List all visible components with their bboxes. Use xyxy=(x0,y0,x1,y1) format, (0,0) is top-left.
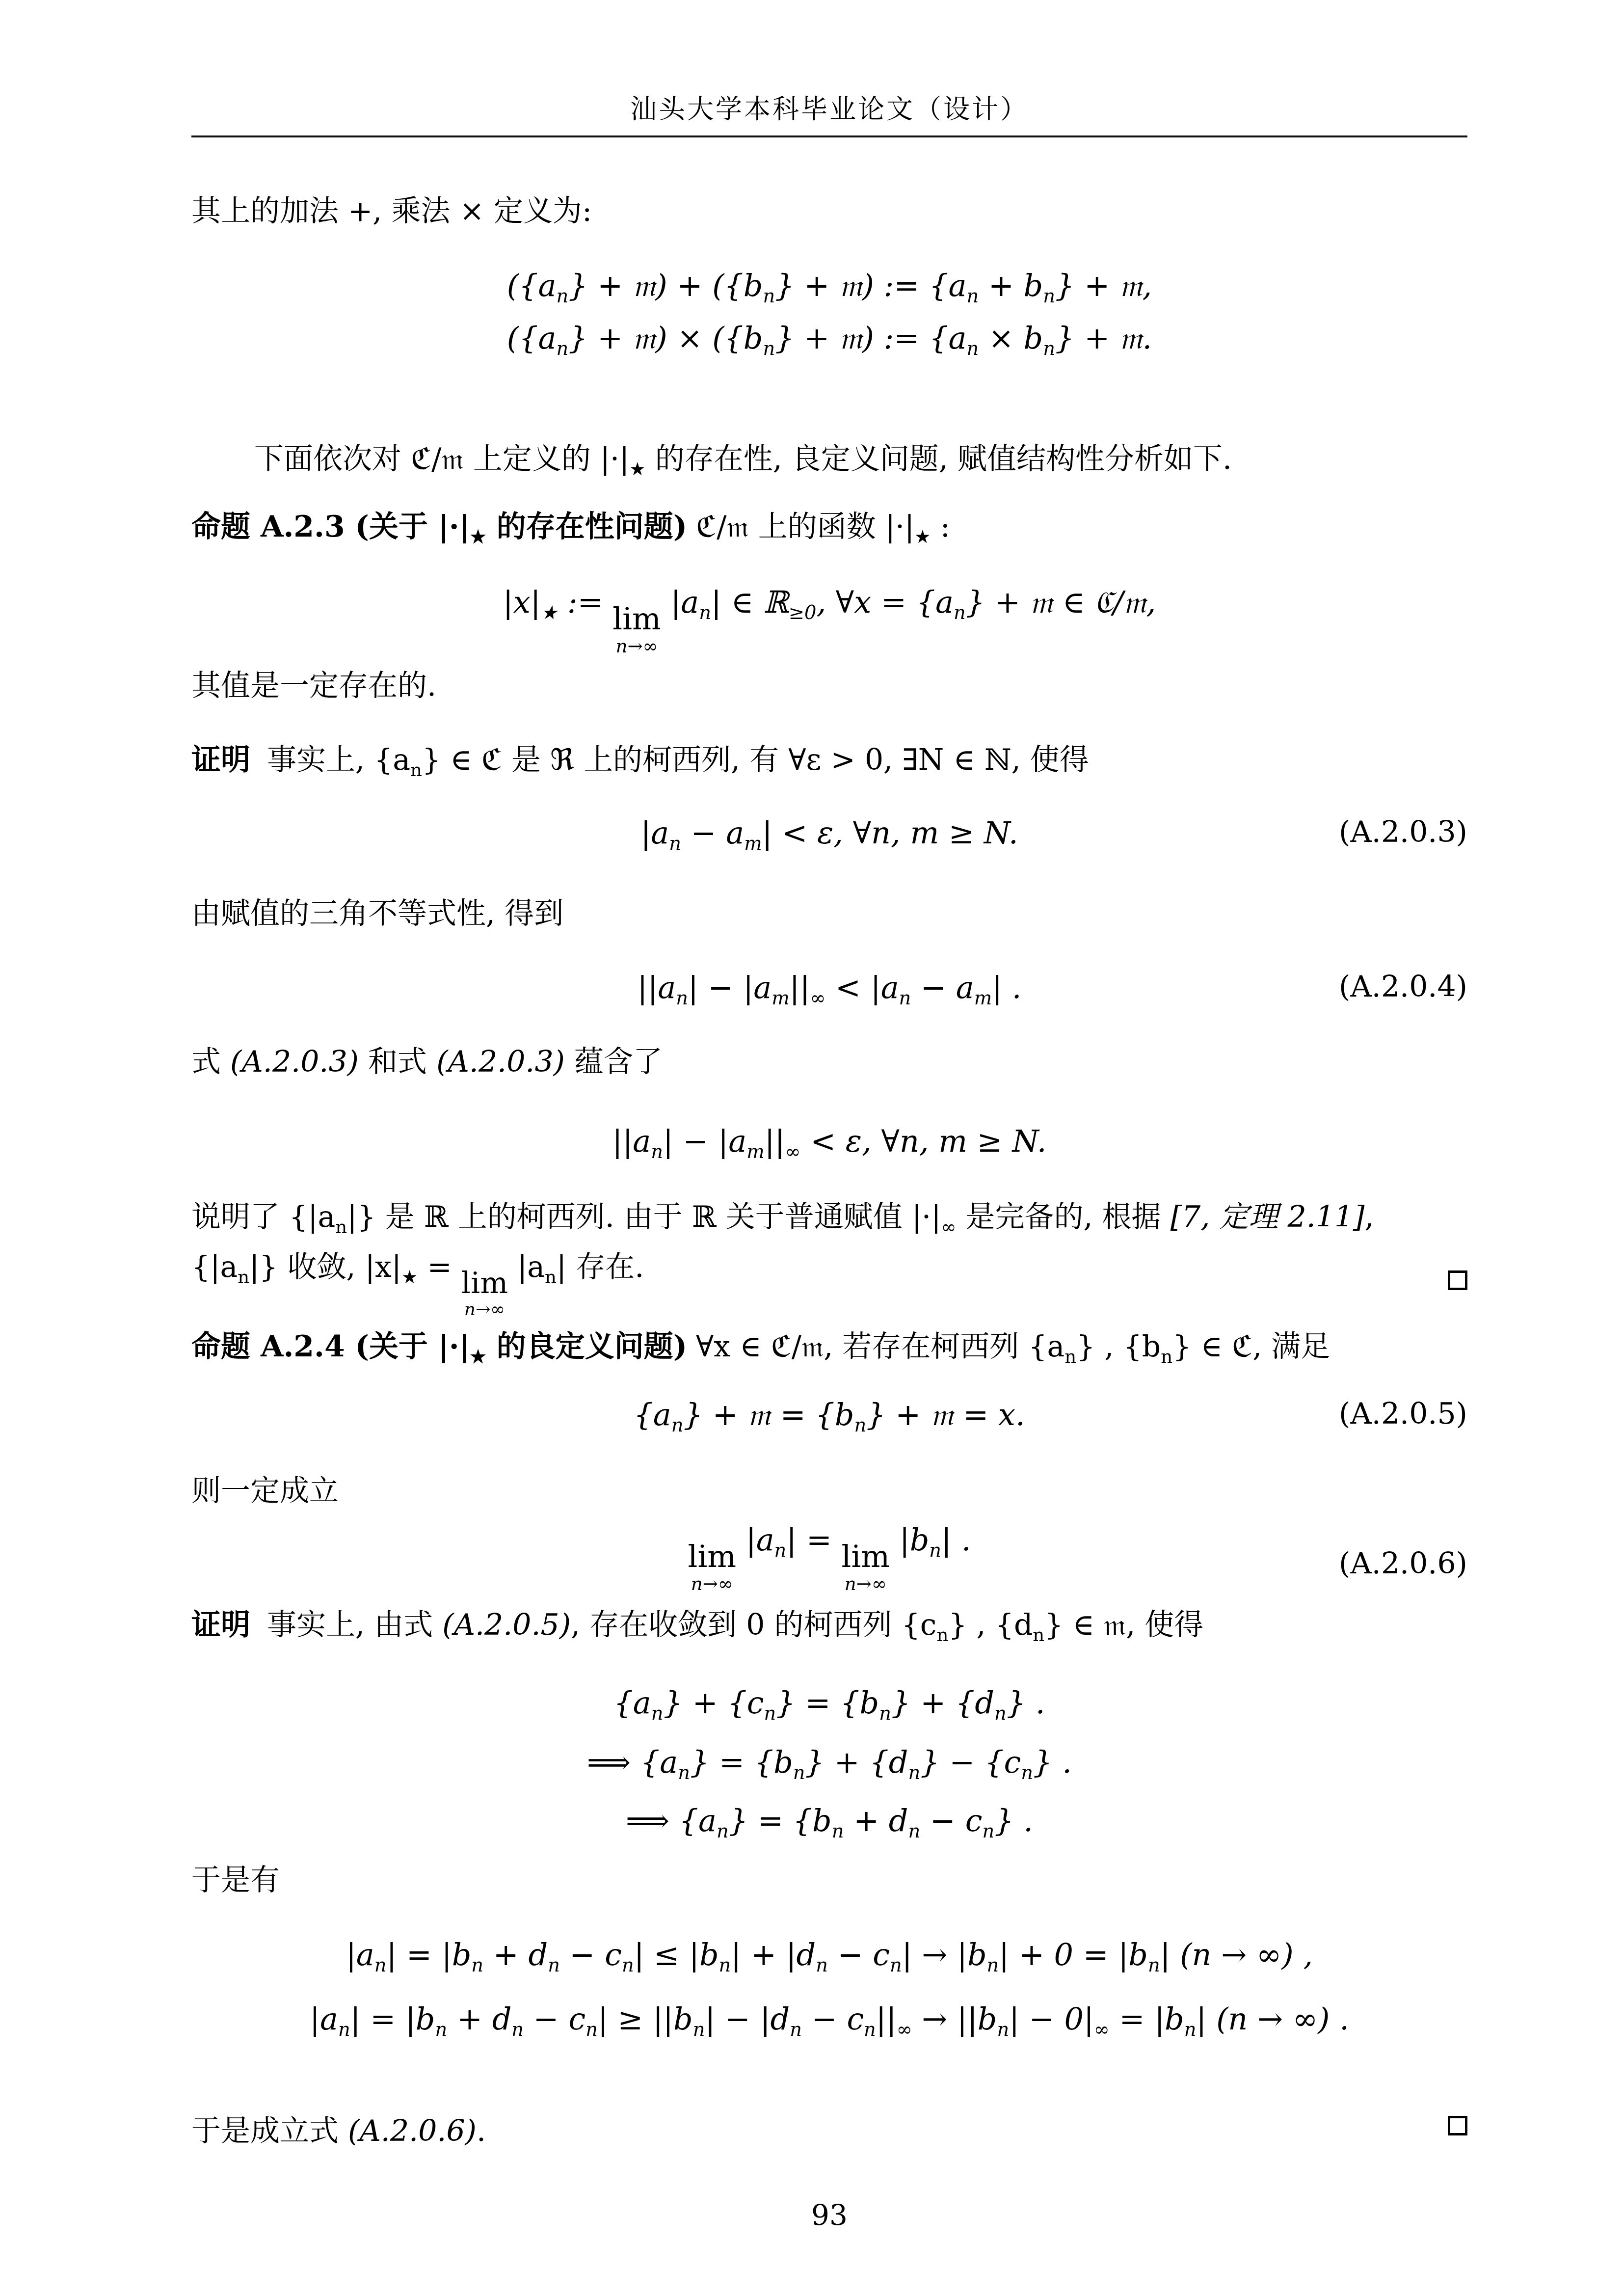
proposition-a23-label: 命题 A.2.3 (关于 |·|★ 的存在性问题) xyxy=(191,510,687,544)
proof-a23-intro: 事实上, {an} ∈ ℭ 是 ℜ 上的柯西列, 有 ∀ε > 0, ∃N ∈ … xyxy=(267,743,1089,777)
equation-a204-row: ||an| − |am||∞ < |an − am| . (A.2.0.4) xyxy=(191,970,1467,1005)
proof-a23-label: 证明 xyxy=(191,743,250,777)
proof-a24-label: 证明 xyxy=(191,1608,250,1642)
equation-a204: ||an| − |am||∞ < |an − am| . xyxy=(638,970,1022,1005)
proposition-a24-line: 命题 A.2.4 (关于 |·|★ 的良定义问题)∀x ∈ ℭ/𝔪, 若存在柯西… xyxy=(191,1324,1467,1369)
equation-a206: limn→∞ |an| = limn→∞ |bn| . xyxy=(688,1522,971,1558)
equation-star-definition: |x|★ := limn→∞ |an| ∈ ℝ≥0, ∀x = {an} + 𝔪… xyxy=(191,584,1467,655)
proof-a23-line: 证明事实上, {an} ∈ ℭ 是 ℜ 上的柯西列, 有 ∀ε > 0, ∃N … xyxy=(191,738,1467,782)
proof-a24-intro: 事实上, 由式 (A.2.0.5), 存在收敛到 0 的柯西列 {cn} , {… xyxy=(267,1608,1203,1642)
equation-a203-row: |an − am| < ε, ∀n, m ≥ N. (A.2.0.3) xyxy=(191,815,1467,851)
qed-box-proof-a23 xyxy=(1448,1270,1467,1290)
equation-upper-bound: |an| = |bn + dn − cn| ≤ |bn| + |dn − cn|… xyxy=(191,1937,1467,1972)
equation-a206-tag: (A.2.0.6) xyxy=(1339,1546,1467,1581)
proposition-a23-body: ℭ/𝔪 上的函数 |·|★ : xyxy=(696,510,950,544)
equation-a205-row: {an} + 𝔪 = {bn} + 𝔪 = x. (A.2.0.5) xyxy=(191,1397,1467,1433)
equation-implies-2: ⟹ {an} = {bn + dn − cn} . xyxy=(191,1803,1467,1838)
equation-a203-tag: (A.2.0.3) xyxy=(1339,815,1467,849)
paragraph-overview: 下面依次对 ℭ/𝔪 上定义的 |·|★ 的存在性, 良定义问题, 赋值结构性分析… xyxy=(191,437,1467,481)
qed-box-proof-a24 xyxy=(1448,2116,1467,2135)
equation-a205: {an} + 𝔪 = {bn} + 𝔪 = x. xyxy=(634,1397,1025,1432)
equation-lower-bound: |an| = |bn + dn − cn| ≥ ||bn| − |dn − cn… xyxy=(191,2001,1467,2037)
paragraph-cauchy-conclusion-line2: {|an|} 收敛, |x|★ = limn→∞ |an| 存在. xyxy=(191,1245,1467,1318)
proposition-a24-label: 命题 A.2.4 (关于 |·|★ 的良定义问题) xyxy=(191,1329,687,1364)
equation-a206-row: limn→∞ |an| = limn→∞ |bn| . (A.2.0.6) xyxy=(191,1522,1467,1593)
text-column: 汕头大学本科毕业论文（设计） 其上的加法 +, 乘法 × 定义为: ({an} … xyxy=(191,0,1467,2296)
equation-a205-tag: (A.2.0.5) xyxy=(1339,1397,1467,1431)
paragraph-thus-have: 于是有 xyxy=(191,1858,1467,1902)
page-number: 93 xyxy=(191,2198,1467,2232)
thesis-page: 汕头大学本科毕业论文（设计） 其上的加法 +, 乘法 × 定义为: ({an} … xyxy=(0,0,1623,2296)
equation-a204-tag: (A.2.0.4) xyxy=(1339,970,1467,1004)
header-rule xyxy=(191,135,1467,137)
paragraph-cauchy-conclusion-line1: 说明了 {|an|} 是 ℝ 上的柯西列. 由于 ℝ 关于普通赋值 |·|∞ 是… xyxy=(191,1195,1467,1239)
equation-epsilon-bound: ||an| − |am||∞ < ε, ∀n, m ≥ N. xyxy=(191,1123,1467,1159)
proposition-a24-body: ∀x ∈ ℭ/𝔪, 若存在柯西列 {an} , {bn} ∈ ℭ, 满足 xyxy=(696,1329,1330,1364)
equation-multiplication-def: ({an} + 𝔪) × ({bn} + 𝔪) := {an × bn} + 𝔪… xyxy=(191,320,1467,356)
equation-a203: |an − am| < ε, ∀n, m ≥ N. xyxy=(640,815,1018,851)
equation-sequence-sum: {an} + {cn} = {bn} + {dn} . xyxy=(191,1685,1467,1721)
paragraph-implication: 式 (A.2.0.3) 和式 (A.2.0.3) 蕴含了 xyxy=(191,1040,1467,1084)
proposition-a23-line: 命题 A.2.3 (关于 |·|★ 的存在性问题)ℭ/𝔪 上的函数 |·|★ : xyxy=(191,505,1467,549)
paragraph-value-exists: 其值是一定存在的. xyxy=(191,664,1467,708)
paragraph-definition-intro: 其上的加法 +, 乘法 × 定义为: xyxy=(191,189,1467,233)
proof-a24-line: 证明事实上, 由式 (A.2.0.5), 存在收敛到 0 的柯西列 {cn} ,… xyxy=(191,1603,1467,1647)
paragraph-then-holds: 则一定成立 xyxy=(191,1469,1467,1513)
equation-implies-1: ⟹ {an} = {bn} + {dn} − {cn} . xyxy=(191,1744,1467,1780)
paragraph-triangle-inequality: 由赋值的三角不等式性, 得到 xyxy=(191,891,1467,936)
page-header-title: 汕头大学本科毕业论文（设计） xyxy=(191,88,1467,126)
equation-addition-def: ({an} + 𝔪) + ({bn} + 𝔪) := {an + bn} + 𝔪… xyxy=(191,268,1467,304)
paragraph-final-conclusion: 于是成立式 (A.2.0.6). xyxy=(191,2109,1467,2153)
